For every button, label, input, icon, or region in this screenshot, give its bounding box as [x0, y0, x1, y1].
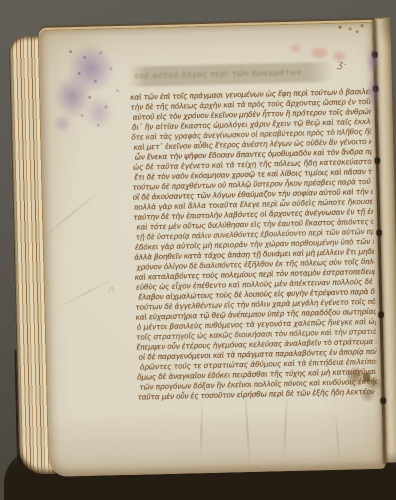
ink-blot-dark — [363, 373, 370, 382]
seam-purple-smudge — [365, 44, 381, 122]
stitch-knot — [380, 398, 385, 404]
codex-book: τοῦ αὐτοῦ λόγος περὶ τῶν πραγμάτων ʒ· κα… — [6, 17, 396, 482]
ink-blot — [357, 389, 377, 401]
manuscript-photo: τοῦ αὐτοῦ λόγος περὶ τῶν πραγμάτων ʒ· κα… — [0, 0, 396, 500]
faint-margin-mark: Λ — [109, 285, 115, 294]
parchment-crease — [35, 186, 105, 244]
purple-stain-speckles — [69, 50, 72, 53]
burn-speck-dots — [339, 26, 342, 29]
stitch-knot — [378, 312, 383, 318]
stitch-knot — [374, 158, 379, 164]
parchment-crease — [200, 399, 203, 463]
pink-stain-spot — [291, 45, 300, 52]
stitch-knot — [376, 230, 381, 236]
manuscript-page: τοῦ αὐτοῦ λόγος περὶ τῶν πραγμάτων ʒ· κα… — [39, 22, 386, 477]
manuscript-text-block: καὶ τῶν ἐπὶ τοῖς πράγμασι γενομένων ὡς ἔ… — [130, 87, 378, 405]
pink-stain-spot — [311, 48, 327, 58]
purple-stain — [45, 41, 126, 147]
parchment-crease — [283, 393, 288, 463]
parchment-crease — [335, 410, 341, 464]
heading-side-mark: ʒ· — [337, 59, 347, 71]
